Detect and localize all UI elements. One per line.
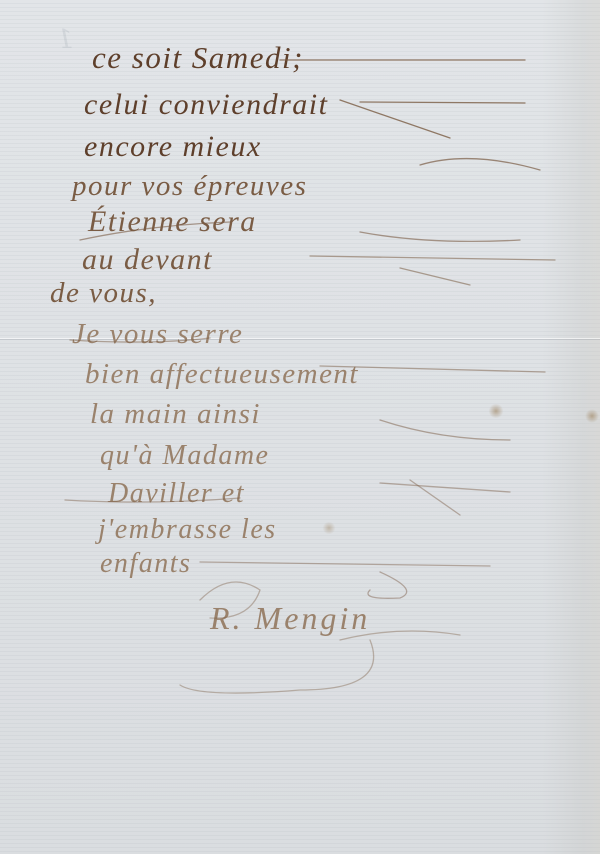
letter-line-14: enfants xyxy=(100,548,191,580)
letter-line-10: la main ainsi xyxy=(90,398,261,431)
ink-stain xyxy=(322,522,336,534)
letter-line-12: Daviller et xyxy=(108,478,245,510)
letter-line-2: celui conviendrait xyxy=(84,88,328,122)
letter-line-1: ce soit Samedi; xyxy=(92,40,304,76)
signature: R. Mengin xyxy=(210,600,370,637)
letter-line-4: pour vos épreuves xyxy=(72,170,307,203)
letter-line-7: de vous, xyxy=(50,277,157,310)
letter-page: 1 ce soit Samedi; celui conviendrait enc… xyxy=(0,0,600,854)
letter-line-11: qu'à Madame xyxy=(100,440,269,472)
letter-line-13: j'embrasse les xyxy=(98,514,277,546)
letter-line-9: bien affectueusement xyxy=(85,358,359,391)
paper-edge xyxy=(542,0,600,854)
letter-line-3: encore mieux xyxy=(84,130,262,164)
letter-line-6: au devant xyxy=(82,243,213,277)
ink-stain xyxy=(585,409,599,423)
letter-line-5: Étienne sera xyxy=(88,205,257,239)
bleed-through-text: 1 xyxy=(55,25,74,55)
ink-stain xyxy=(488,404,504,418)
letter-line-8: Je vous serre xyxy=(72,318,243,351)
